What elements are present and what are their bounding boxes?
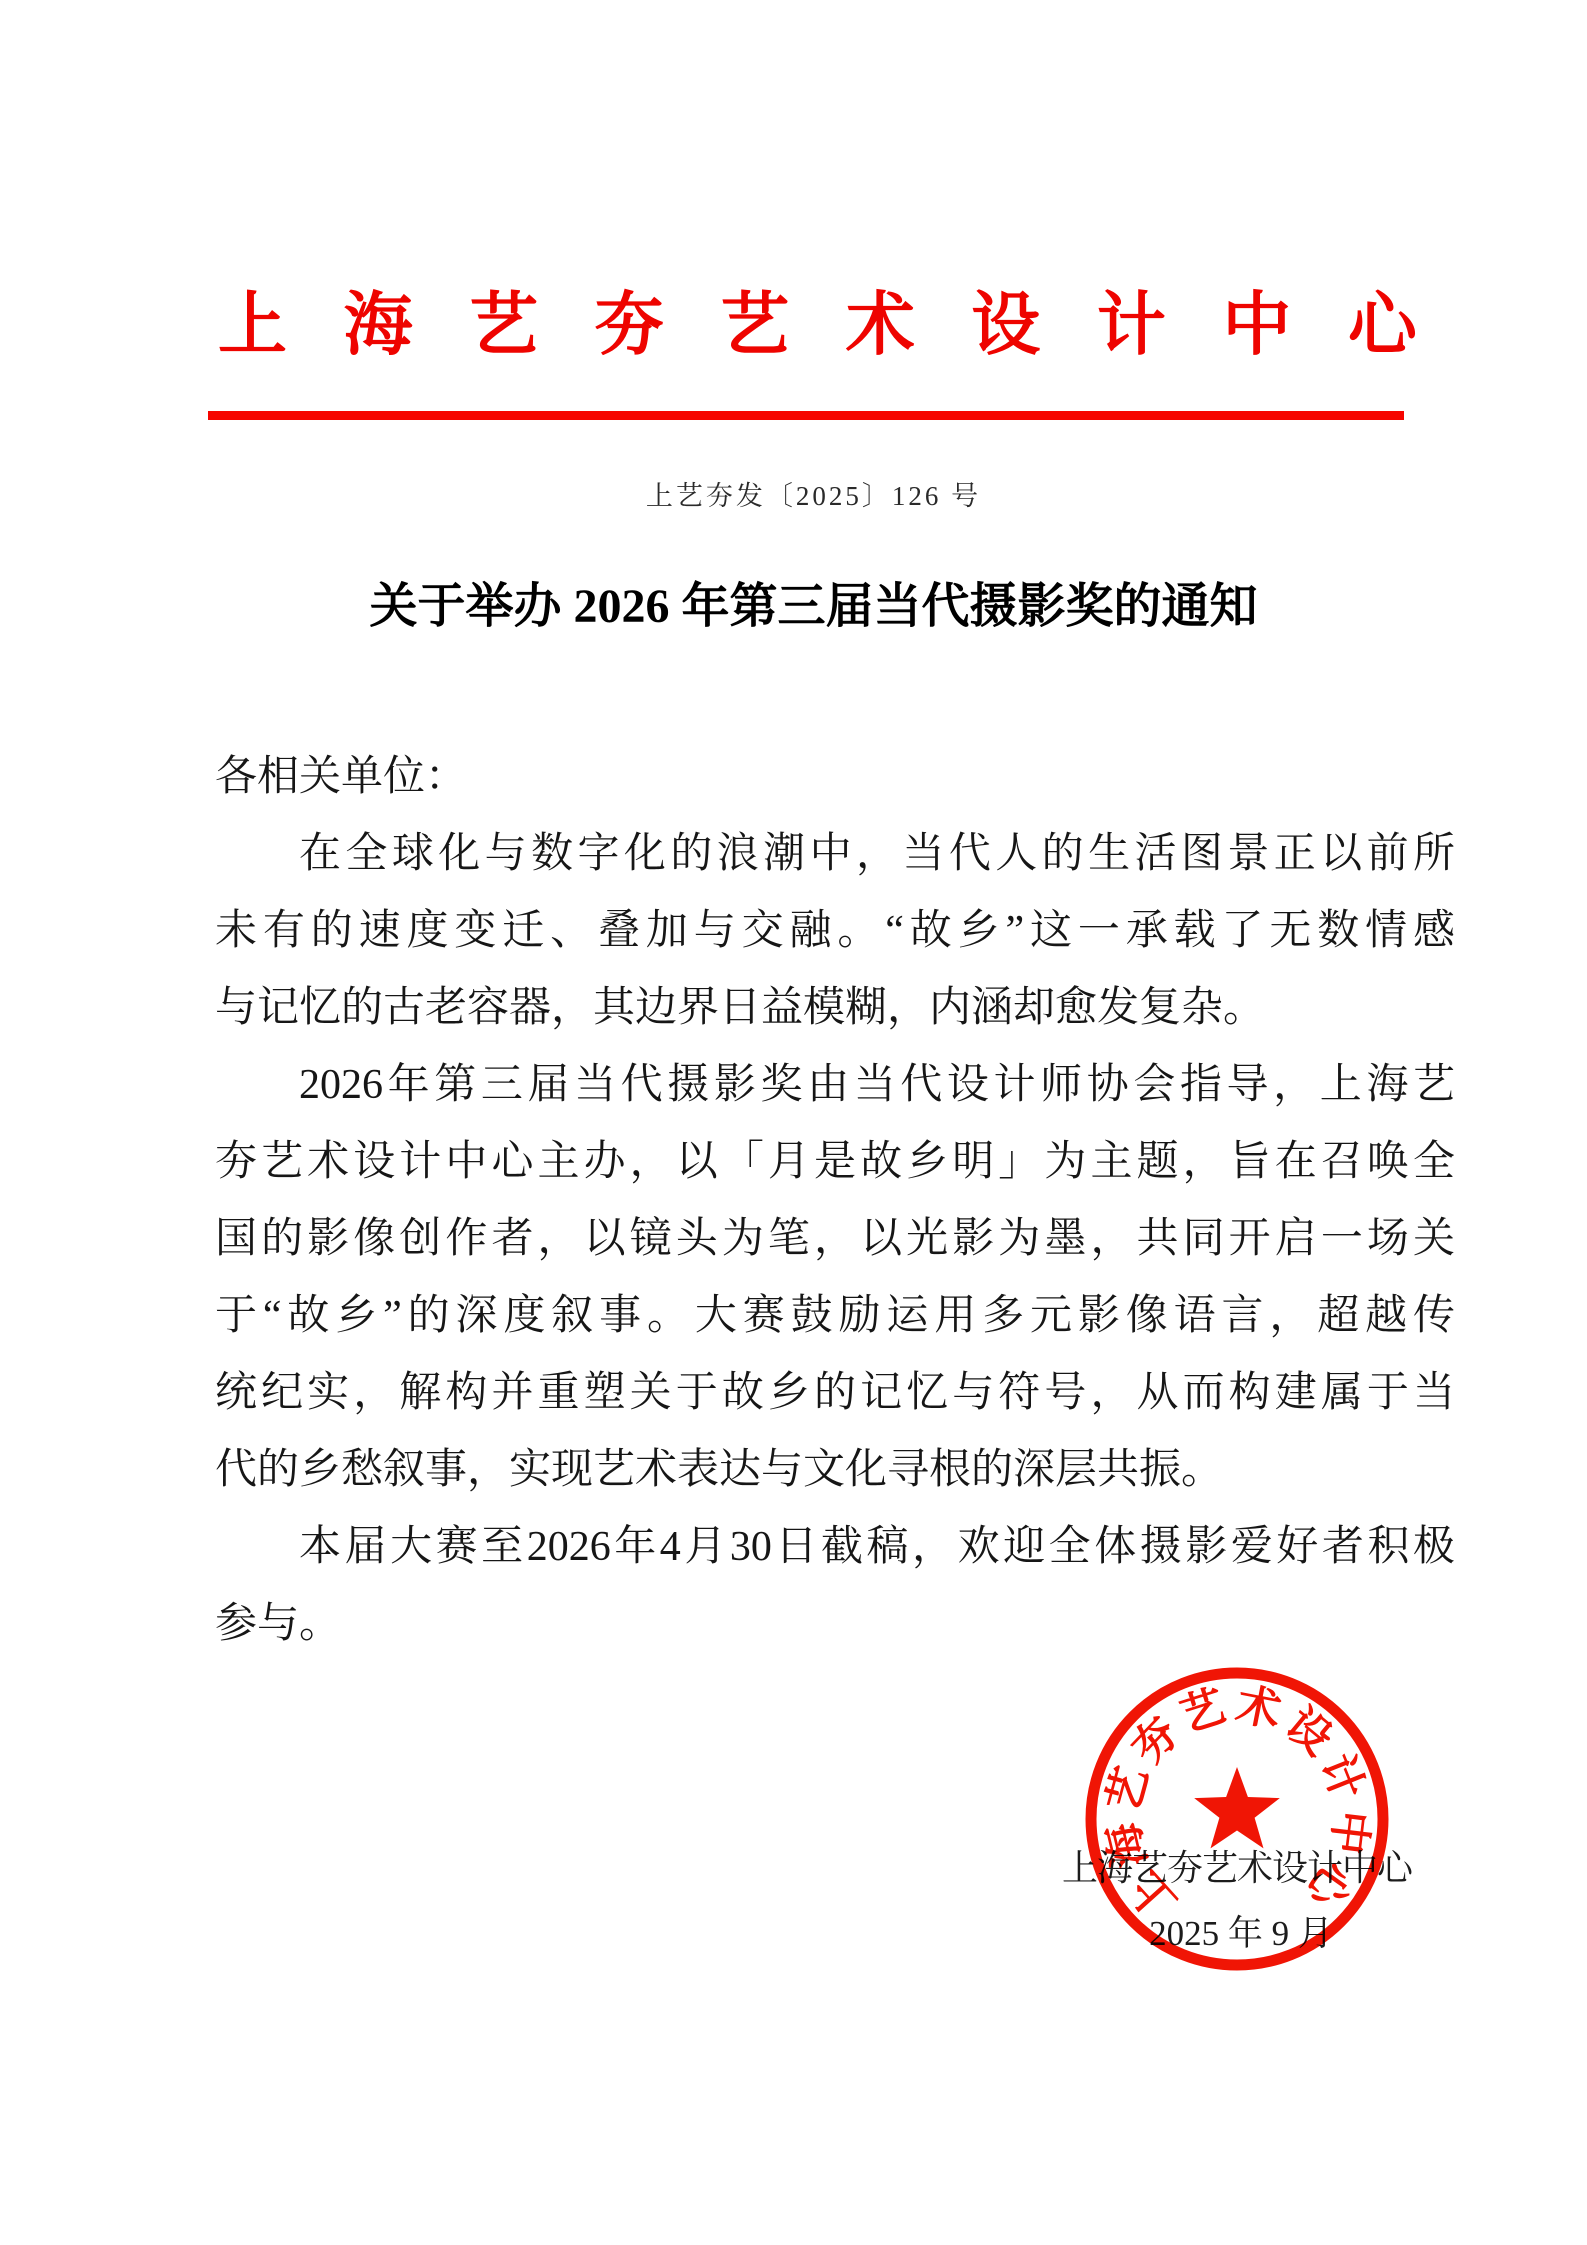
seal-char: 术 — [1232, 1680, 1285, 1736]
document-body: 各相关单位： 在全球化与数字化的浪潮中，当代人的生活图景正以前所 未有的速度变迁… — [215, 739, 1455, 1663]
seal-char: 艺 — [1099, 1762, 1158, 1817]
body-line: 在全球化与数字化的浪潮中，当代人的生活图景正以前所 — [215, 816, 1455, 893]
letterhead-char: 夯 — [595, 289, 664, 361]
body-salutation: 各相关单位： — [215, 739, 1455, 816]
letterhead-char: 心 — [1348, 289, 1417, 361]
letterhead-char: 艺 — [469, 289, 538, 361]
letterhead-divider-rule — [208, 411, 1404, 420]
letterhead-char: 计 — [1097, 289, 1166, 361]
letterhead-char: 术 — [846, 289, 915, 361]
document-page: 上海艺夯艺术设计中心 上艺夯发〔2025〕126 号 关于举办 2026 年第三… — [0, 0, 1587, 2245]
body-line: 与记忆的古老容器，其边界日益模糊，内涵却愈发复杂。 — [215, 970, 1455, 1047]
body-line: 代的乡愁叙事，实现艺术表达与文化寻根的深层共振。 — [215, 1432, 1455, 1509]
body-line: 统纪实，解构并重塑关于故乡的记忆与符号，从而构建属于当 — [215, 1355, 1455, 1432]
seal-char: 艺 — [1174, 1681, 1231, 1741]
star-icon — [1194, 1767, 1280, 1848]
body-line: 于“故乡”的深度叙事。大赛鼓励运用多元影像语言，超越传 — [215, 1278, 1455, 1355]
seal-char: 中 — [1322, 1808, 1376, 1857]
official-seal: 上海艺夯艺术设计中心 — [1077, 1659, 1397, 1979]
seal-char: 海 — [1098, 1818, 1156, 1872]
letterhead-char: 上 — [218, 289, 287, 361]
letterhead-org-name: 上海艺夯艺术设计中心 — [218, 289, 1417, 361]
letterhead-char: 中 — [1222, 289, 1291, 361]
body-line: 2026年第三届当代摄影奖由当代设计师协会指导，上海艺 — [215, 1047, 1455, 1124]
letterhead-char: 海 — [344, 289, 413, 361]
body-line: 本届大赛至2026年4月30日截稿，欢迎全体摄影爱好者积极 — [215, 1509, 1455, 1586]
document-title: 关于举办 2026 年第三届当代摄影奖的通知 — [40, 578, 1587, 636]
body-line: 国的影像创作者，以镜头为笔，以光影为墨，共同开启一场关 — [215, 1201, 1455, 1278]
body-line: 夯艺术设计中心主办，以「月是故乡明」为主题，旨在召唤全 — [215, 1124, 1455, 1201]
body-line: 参与。 — [215, 1586, 1455, 1663]
body-line: 未有的速度变迁、叠加与交融。“故乡”这一承载了无数情感 — [215, 893, 1455, 970]
letterhead-char: 艺 — [720, 289, 789, 361]
letterhead-char: 设 — [971, 289, 1040, 361]
document-number: 上艺夯发〔2025〕126 号 — [40, 474, 1587, 513]
